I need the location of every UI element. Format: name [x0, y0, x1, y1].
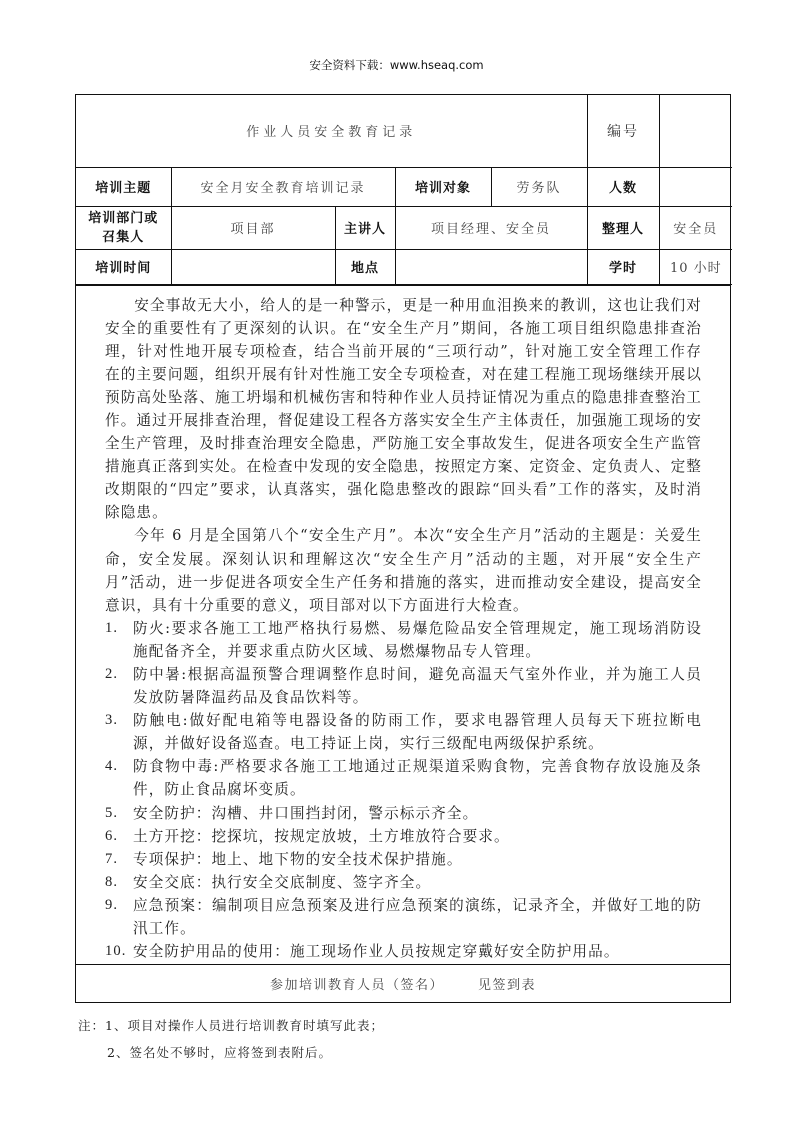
- list-item: 3.防触电:做好配电箱等电器设备的防雨工作，要求电器管理人员每天下班拉断电源，并…: [105, 709, 702, 755]
- item-text: 土方开挖：挖探坑，按规定放坡，土方堆放符合要求。: [133, 828, 510, 845]
- dept-label-line2: 召集人: [102, 230, 144, 245]
- place-field[interactable]: [395, 249, 587, 284]
- target-field[interactable]: 劳务队: [491, 167, 587, 206]
- dept-label: 培训部门或 召集人: [76, 206, 171, 249]
- form-title: 作业人员安全教育记录: [76, 95, 587, 167]
- count-label: 人数: [587, 167, 659, 206]
- item-text: 防触电:做好配电箱等电器设备的防雨工作，要求电器管理人员每天下班拉断电源，并做好…: [133, 712, 702, 752]
- item-number: 9.: [105, 894, 118, 917]
- item-text: 防食物中毒:严格要求各施工工地通过正规渠道采购食物，完善食物存放设施及条件，防止…: [133, 758, 702, 798]
- item-number: 8.: [105, 871, 118, 894]
- list-item: 2.防中暑:根据高温预警合理调整作息时间，避免高温天气室外作业，并为施工人员发放…: [105, 663, 702, 709]
- list-item: 6.土方开挖：挖探坑，按规定放坡，土方堆放符合要求。: [105, 825, 702, 848]
- item-number: 4.: [105, 755, 118, 778]
- topic-label: 培训主题: [76, 167, 171, 206]
- signature-label: 参加培训教育人员（签名）: [270, 974, 444, 993]
- topic-field[interactable]: 安全月安全教育培训记录: [171, 167, 395, 206]
- list-item: 5.安全防护：沟槽、井口围挡封闭，警示标示齐全。: [105, 802, 702, 825]
- number-label: 编号: [587, 95, 659, 167]
- training-content: 安全事故无大小，给人的是一种警示，更是一种用血泪换来的教训，这也让我们对安全的重…: [76, 285, 730, 964]
- list-item: 7.专项保护：地上、地下物的安全技术保护措施。: [105, 848, 702, 871]
- note-1: 注：1、项目对操作人员进行培训教育时填写此表；: [78, 1012, 384, 1039]
- list-item: 4.防食物中毒:严格要求各施工工地通过正规渠道采购食物，完善食物存放设施及条件，…: [105, 755, 702, 801]
- item-number: 5.: [105, 802, 118, 825]
- time-field[interactable]: [171, 249, 335, 284]
- inspection-items-list: 1.防火:要求各施工工地严格执行易燃、易爆危险品安全管理规定，施工现场消防设施配…: [105, 617, 702, 963]
- content-paragraph-2: 今年 6 月是全国第八个“安全生产月”。本次“安全生产月”活动的主题是：关爱生命…: [105, 524, 702, 616]
- item-text: 安全防护：沟槽、井口围挡封闭，警示标示齐全。: [133, 805, 478, 822]
- hours-label: 学时: [587, 249, 659, 284]
- item-text: 安全防护用品的使用：施工现场作业人员按规定穿戴好安全防护用品。: [133, 943, 620, 960]
- list-item: 9.应急预案：编制项目应急预案及进行应急预案的演练，记录齐全，并做好工地的防汛工…: [105, 894, 702, 940]
- place-label: 地点: [335, 249, 395, 284]
- item-text: 防中暑:根据高温预警合理调整作息时间，避免高温天气室外作业，并为施工人员发放防暑…: [133, 666, 702, 706]
- item-number: 3.: [105, 709, 118, 732]
- content-paragraph-1: 安全事故无大小，给人的是一种警示，更是一种用血泪换来的教训，这也让我们对安全的重…: [105, 294, 702, 525]
- list-item: 8.安全交底：执行安全交底制度、签字齐全。: [105, 871, 702, 894]
- count-field[interactable]: [659, 167, 732, 206]
- item-number: 10.: [105, 940, 127, 963]
- speaker-label: 主讲人: [335, 206, 395, 249]
- item-number: 1.: [105, 617, 118, 640]
- signature-value[interactable]: 见签到表: [478, 974, 536, 993]
- number-field[interactable]: [659, 95, 732, 167]
- list-item: 10.安全防护用品的使用：施工现场作业人员按规定穿戴好安全防护用品。: [105, 940, 702, 963]
- organizer-label: 整理人: [587, 206, 659, 249]
- signature-row: 参加培训教育人员（签名） 见签到表: [76, 964, 730, 1002]
- item-text: 专项保护：地上、地下物的安全技术保护措施。: [133, 851, 463, 868]
- list-item: 1.防火:要求各施工工地严格执行易燃、易爆危险品安全管理规定，施工现场消防设施配…: [105, 617, 702, 663]
- time-label: 培训时间: [76, 249, 171, 284]
- item-text: 安全交底：执行安全交底制度、签字齐全。: [133, 874, 431, 891]
- note-2: 2、签名处不够时，应将签到表附后。: [78, 1039, 384, 1066]
- education-record-form: 作业人员安全教育记录 编号 培训主题 安全月安全教育培训记录 培训对象 劳务队 …: [75, 94, 731, 1003]
- item-number: 2.: [105, 663, 118, 686]
- dept-label-line1: 培训部门或: [88, 211, 158, 226]
- download-header: 安全资料下载：www.hseaq.com: [0, 57, 793, 73]
- form-header-table: 作业人员安全教育记录 编号 培训主题 安全月安全教育培训记录 培训对象 劳务队 …: [76, 95, 732, 285]
- item-text: 防火:要求各施工工地严格执行易燃、易爆危险品安全管理规定，施工现场消防设施配备齐…: [133, 620, 702, 660]
- target-label: 培训对象: [395, 167, 491, 206]
- item-number: 7.: [105, 848, 118, 871]
- speaker-field[interactable]: 项目经理、安全员: [395, 206, 587, 249]
- item-number: 6.: [105, 825, 118, 848]
- form-notes: 注：1、项目对操作人员进行培训教育时填写此表； 2、签名处不够时，应将签到表附后…: [78, 1012, 384, 1066]
- dept-field[interactable]: 项目部: [171, 206, 335, 249]
- hours-field[interactable]: 10 小时: [659, 249, 732, 284]
- item-text: 应急预案：编制项目应急预案及进行应急预案的演练，记录齐全，并做好工地的防汛工作。: [133, 897, 702, 937]
- organizer-field[interactable]: 安全员: [659, 206, 732, 249]
